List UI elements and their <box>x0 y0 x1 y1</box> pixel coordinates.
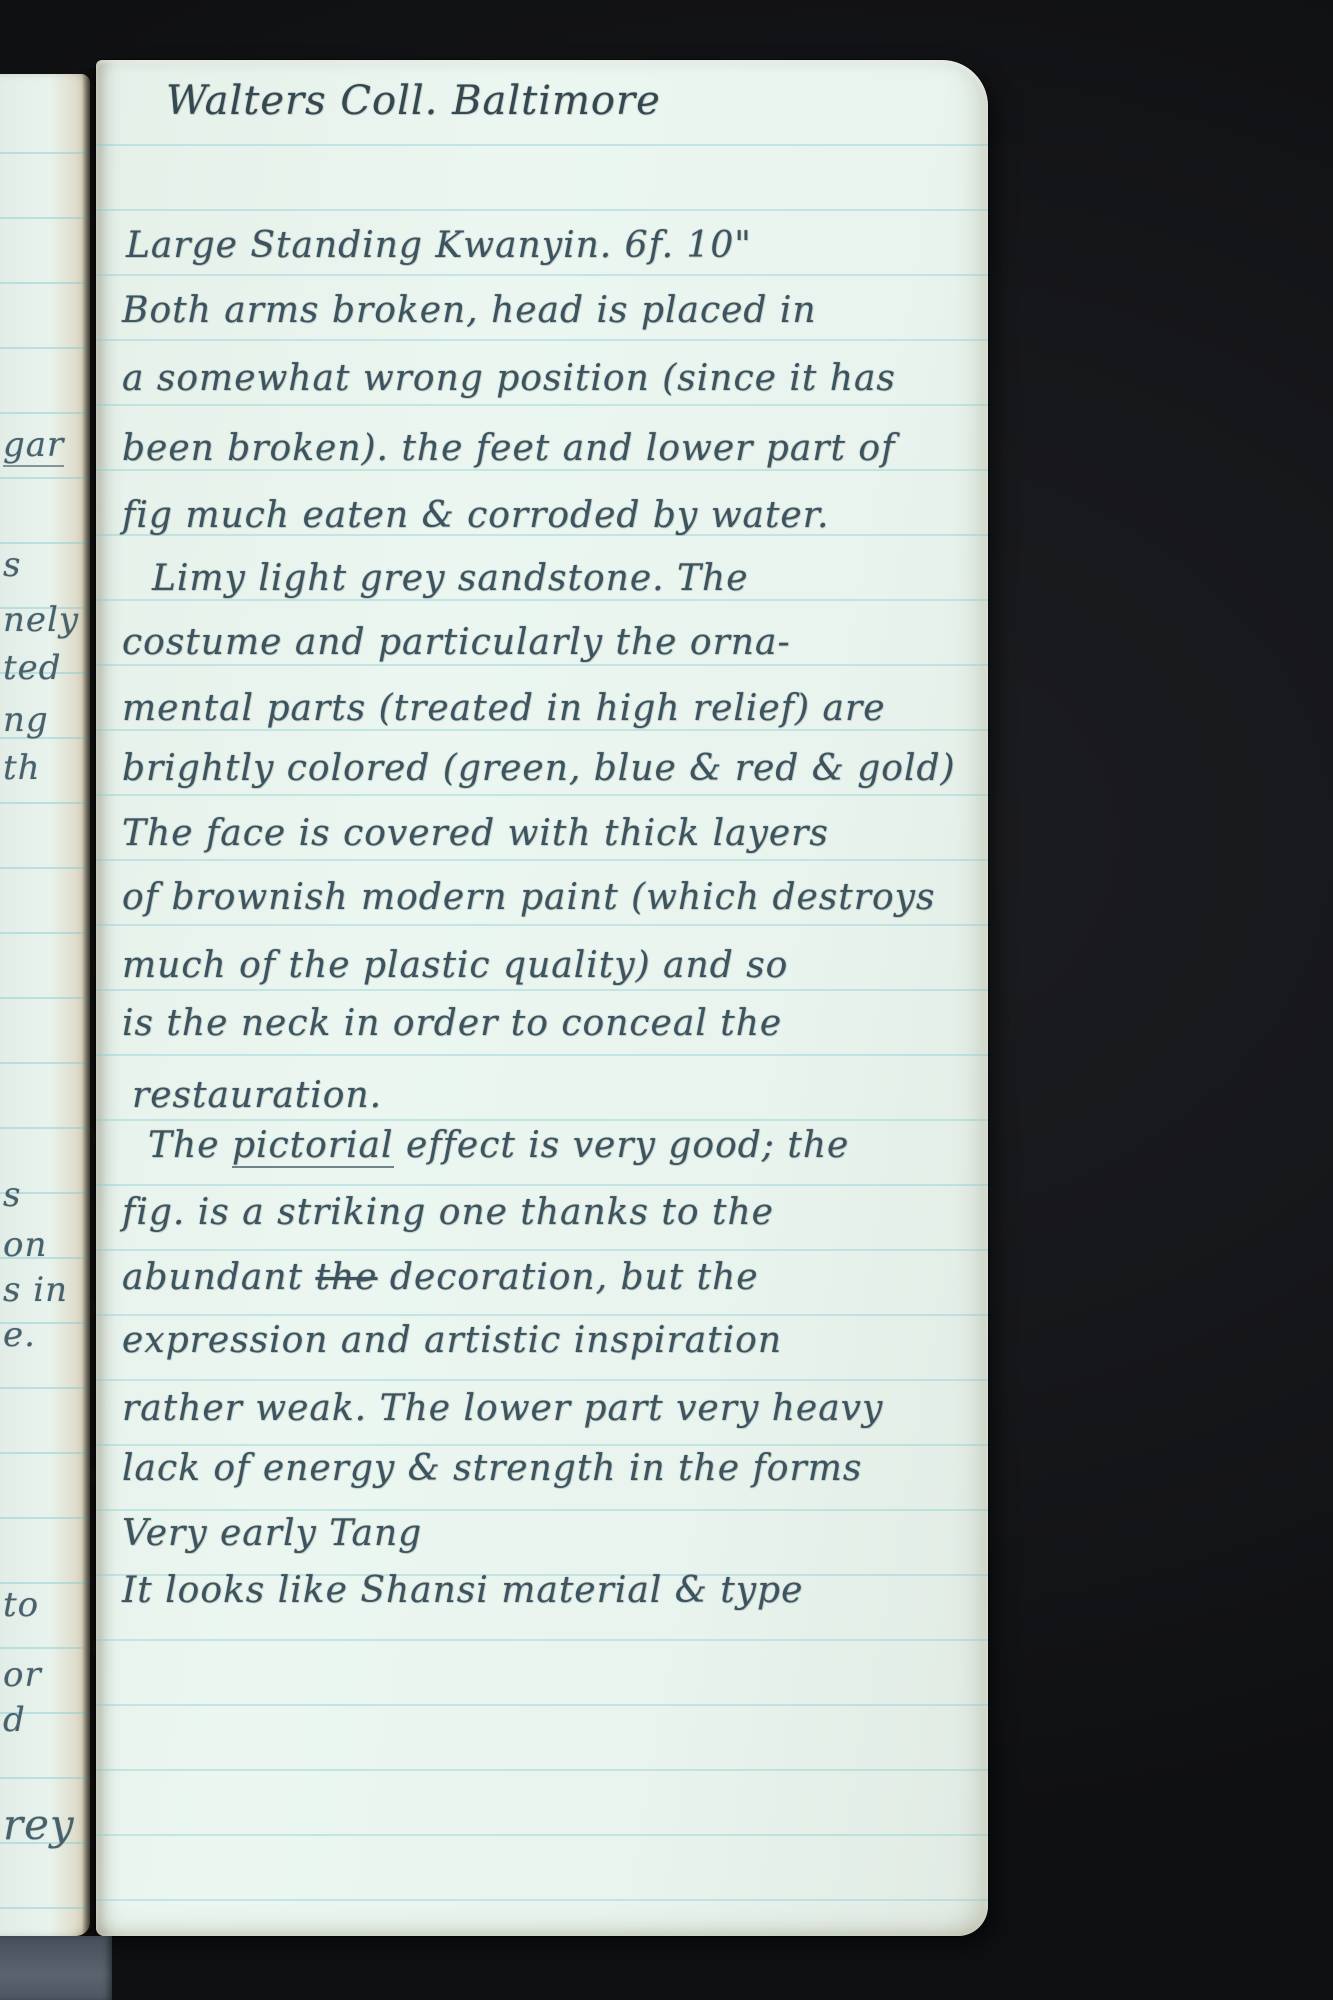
facing-text-fragment: ted <box>3 648 62 688</box>
underlined-word: pictorial <box>232 1125 394 1168</box>
facing-text-fragment: d <box>3 1700 26 1740</box>
facing-text-fragment: or <box>3 1655 42 1695</box>
facing-text-fragment: e. <box>3 1315 36 1355</box>
struck-out-word: the <box>315 1257 377 1298</box>
line-text: effect is very good; the <box>394 1125 850 1166</box>
facing-text-fragment: nely <box>3 600 79 640</box>
note-line: Limy light grey sandstone. The <box>152 558 749 599</box>
note-line: restauration. <box>132 1075 382 1116</box>
note-line: It looks like Shansi material & type <box>122 1570 803 1611</box>
facing-text-fragment: gar <box>3 425 64 467</box>
facing-text-fragment: s <box>3 1175 21 1215</box>
line-text: decoration, but the <box>377 1257 758 1298</box>
note-line: much of the plastic quality) and so <box>122 945 788 986</box>
facing-text-fragment: on <box>3 1225 47 1265</box>
note-line: fig much eaten & corroded by water. <box>122 495 829 536</box>
note-line: Large Standing Kwanyin. 6f. 10" <box>126 225 752 266</box>
note-line: of brownish modern paint (which destroys <box>122 877 935 918</box>
note-line: Both arms broken, head is placed in <box>122 290 817 331</box>
line-text: abundant <box>122 1257 315 1298</box>
notebook-page: Walters Coll. Baltimore Large Standing K… <box>96 60 988 1936</box>
note-line: fig. is a striking one thanks to the <box>122 1192 774 1233</box>
facing-text-fragment: s in <box>3 1270 68 1310</box>
note-line: expression and artistic inspiration <box>122 1320 782 1361</box>
note-line: been broken). the feet and lower part of <box>122 428 895 469</box>
note-line: The face is covered with thick layers <box>122 813 829 854</box>
facing-text-fragment: rey <box>3 1800 75 1849</box>
note-line: brightly colored (green, blue & red & go… <box>122 748 956 789</box>
facing-text-fragment: s <box>3 545 21 585</box>
note-line: The pictorial effect is very good; the <box>148 1125 849 1166</box>
note-line: costume and particularly the orna- <box>122 622 791 663</box>
ruled-lines <box>0 90 90 1928</box>
note-line: lack of energy & strength in the forms <box>122 1448 862 1489</box>
facing-text-fragment: ng <box>3 700 49 740</box>
note-line: Very early Tang <box>122 1513 422 1554</box>
note-line: rather weak. The lower part very heavy <box>122 1388 883 1429</box>
facing-page-edge: gar s nely ted ng th s on s in e. to or … <box>0 74 90 1936</box>
notebook-scan: gar s nely ted ng th s on s in e. to or … <box>0 0 1333 2000</box>
page-header: Walters Coll. Baltimore <box>166 78 661 124</box>
table-surface-patch <box>0 1936 112 2000</box>
note-line: mental parts (treated in high relief) ar… <box>122 688 886 729</box>
facing-text-fragment: th <box>3 748 41 788</box>
note-line: a somewhat wrong position (since it has <box>122 358 896 399</box>
note-line: is the neck in order to conceal the <box>122 1003 782 1044</box>
facing-text-fragment: to <box>3 1585 39 1625</box>
note-line: abundant the decoration, but the <box>122 1257 759 1298</box>
line-text: The <box>148 1125 232 1166</box>
